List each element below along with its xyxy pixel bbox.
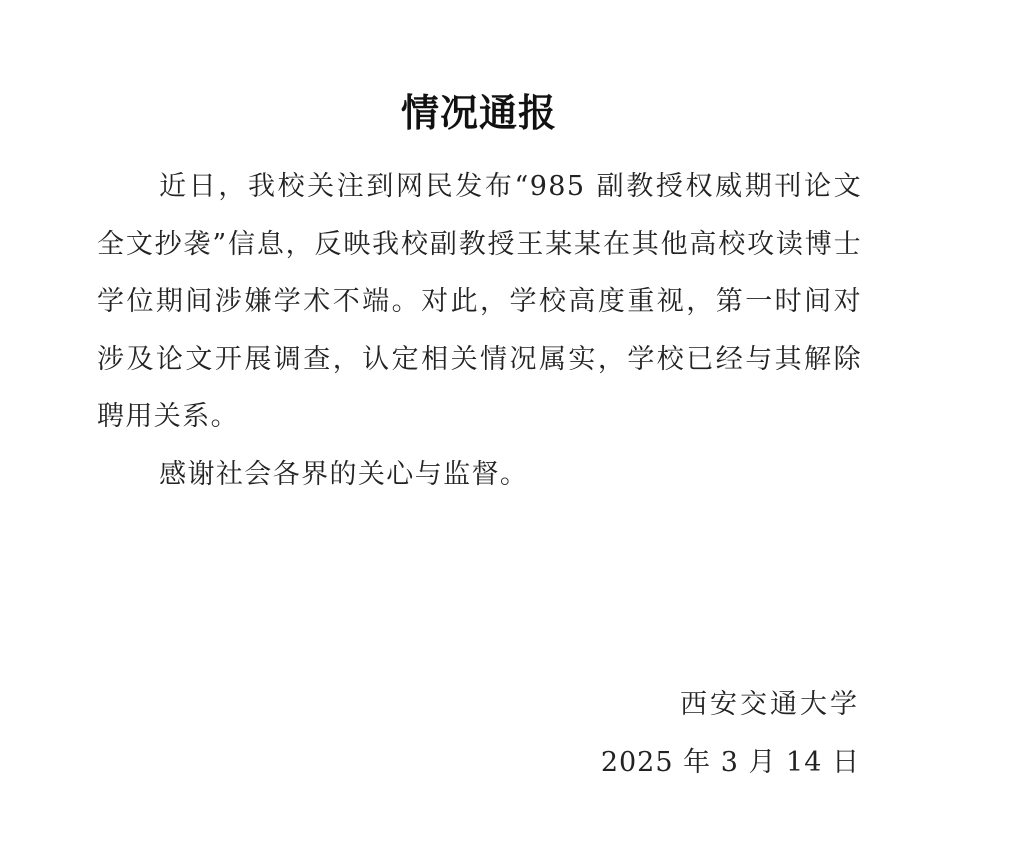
- signature-date: 2025 年 3 月 14 日: [0, 740, 860, 779]
- paragraph-thanks: 感谢社会各界的关心与监督。: [97, 446, 862, 504]
- document-title: 情况通报: [0, 82, 958, 137]
- paragraph-investigation: 近日，我校关注到网民发布“985 副教授权威期刊论文全文抄袭”信息，反映我校副教…: [97, 158, 862, 446]
- signature-organization: 西安交通大学: [0, 682, 860, 721]
- document-body: 近日，我校关注到网民发布“985 副教授权威期刊论文全文抄袭”信息，反映我校副教…: [97, 158, 862, 503]
